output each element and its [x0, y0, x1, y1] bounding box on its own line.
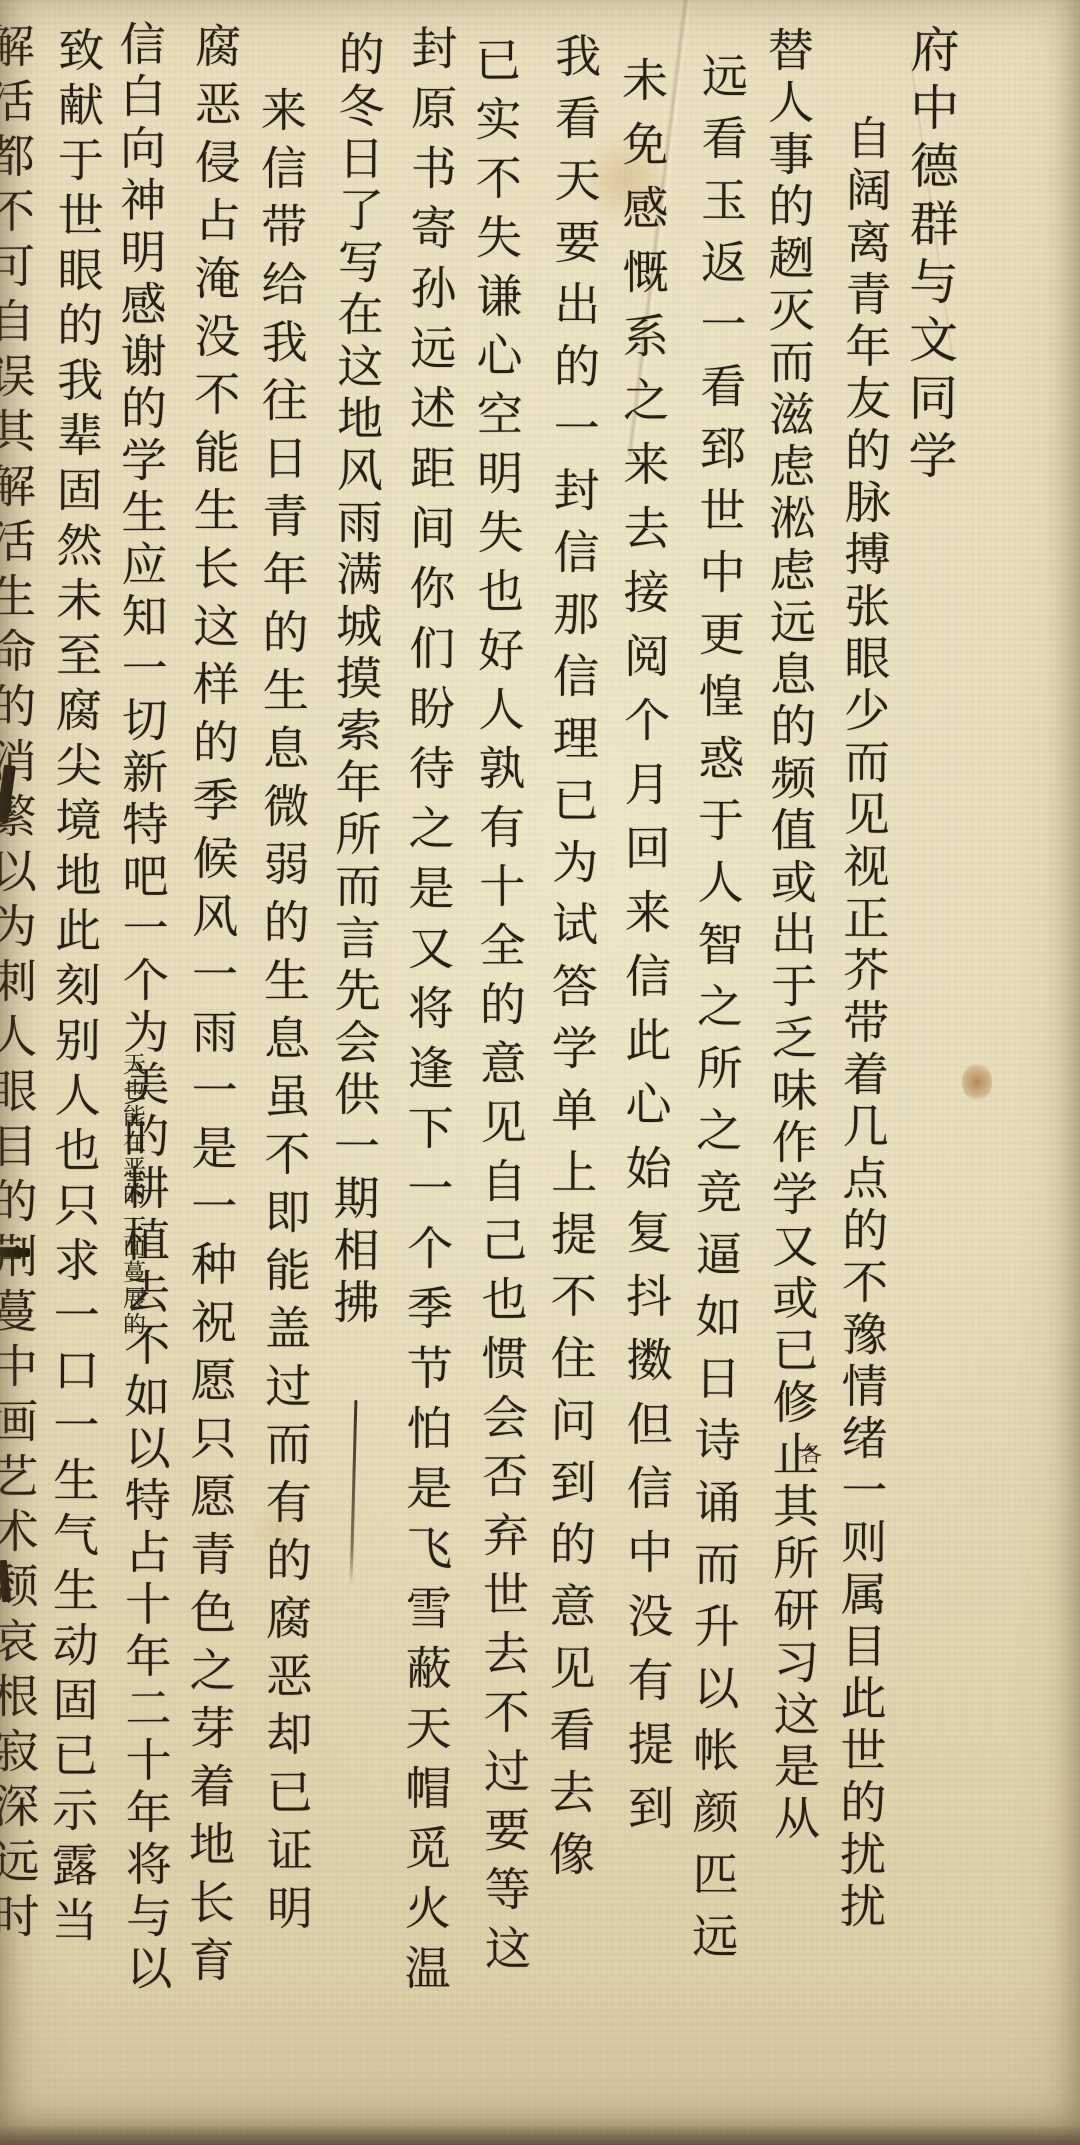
- text-column: 信白向神明感谢的学生应知一切新特吧一个为美的耕植去不如以特占十年二十年将与以: [117, 20, 170, 1996]
- correction-mark: 各: [800, 1438, 822, 1469]
- interlinear-annotation: 天也能在恶的一面蔓展的: [116, 1052, 149, 1338]
- text-column: 远看玉返一看郅世中更惶惑于人智之所之竞逼如日诗诵而升以帐颜匹远: [689, 52, 745, 1974]
- text-column: 替人事的趔灭而滋虑淞虑远息的频值或出于乏味作学又或已修止其所研习这是从: [765, 26, 817, 1846]
- scan-edge-shadow: [0, 2125, 1080, 2145]
- text-column: 我看天要出的一封信那信理已为试答学单上提不住问到的意见看去像: [546, 32, 598, 1892]
- text-column: 未免感慨系之来去接阅个月回来信此心始复抖擞但信中没有提到: [619, 56, 671, 1848]
- text-column: 已实不失谦心空明失也好人孰有十全的意见自己也惯会否弃世去不过要等这: [472, 36, 528, 1983]
- text-column: 自阔离青年友的脉搏张眼少而见视正芥带着几点的不豫情绪一则属目此世的扰扰: [837, 114, 889, 1934]
- text-column: 致献于世眼的我辈固然未至腐尖境地此刻别人也只求一口一生气生动固已示露当: [49, 26, 102, 1951]
- ink-stain: [962, 1062, 992, 1102]
- text-column: 解活都不可自误其解活生命的消繁以为刺人眼目的荆蔓中画艺术颓哀根寂深远时: [0, 22, 37, 1947]
- text-column: 腐恶侵占淹没不能生长这样的季候风一雨一是一种祝愿只愿青色之芽着地长育: [186, 22, 239, 1994]
- salutation-column: 府中德群与文同学: [905, 24, 956, 488]
- text-column: 封原书寄孙远述距间你们盼待之是又将逢下一个季节怕是飞雪蔽天帽觅火温: [402, 24, 455, 2004]
- manuscript-page: 府中德群与文同学 自阔离青年友的脉搏张眼少而见视正芥带着几点的不豫情绪一则属目此…: [0, 0, 1080, 2145]
- flourish-stroke: [350, 1400, 358, 1585]
- text-column: 的冬日了写在这地风雨满城摸索年所而言先会供一期相拂: [330, 30, 382, 1330]
- text-column: 来信带给我往日青年的生息微弱的生息虽不即能盖过而有的腐恶却已证明: [258, 86, 310, 1942]
